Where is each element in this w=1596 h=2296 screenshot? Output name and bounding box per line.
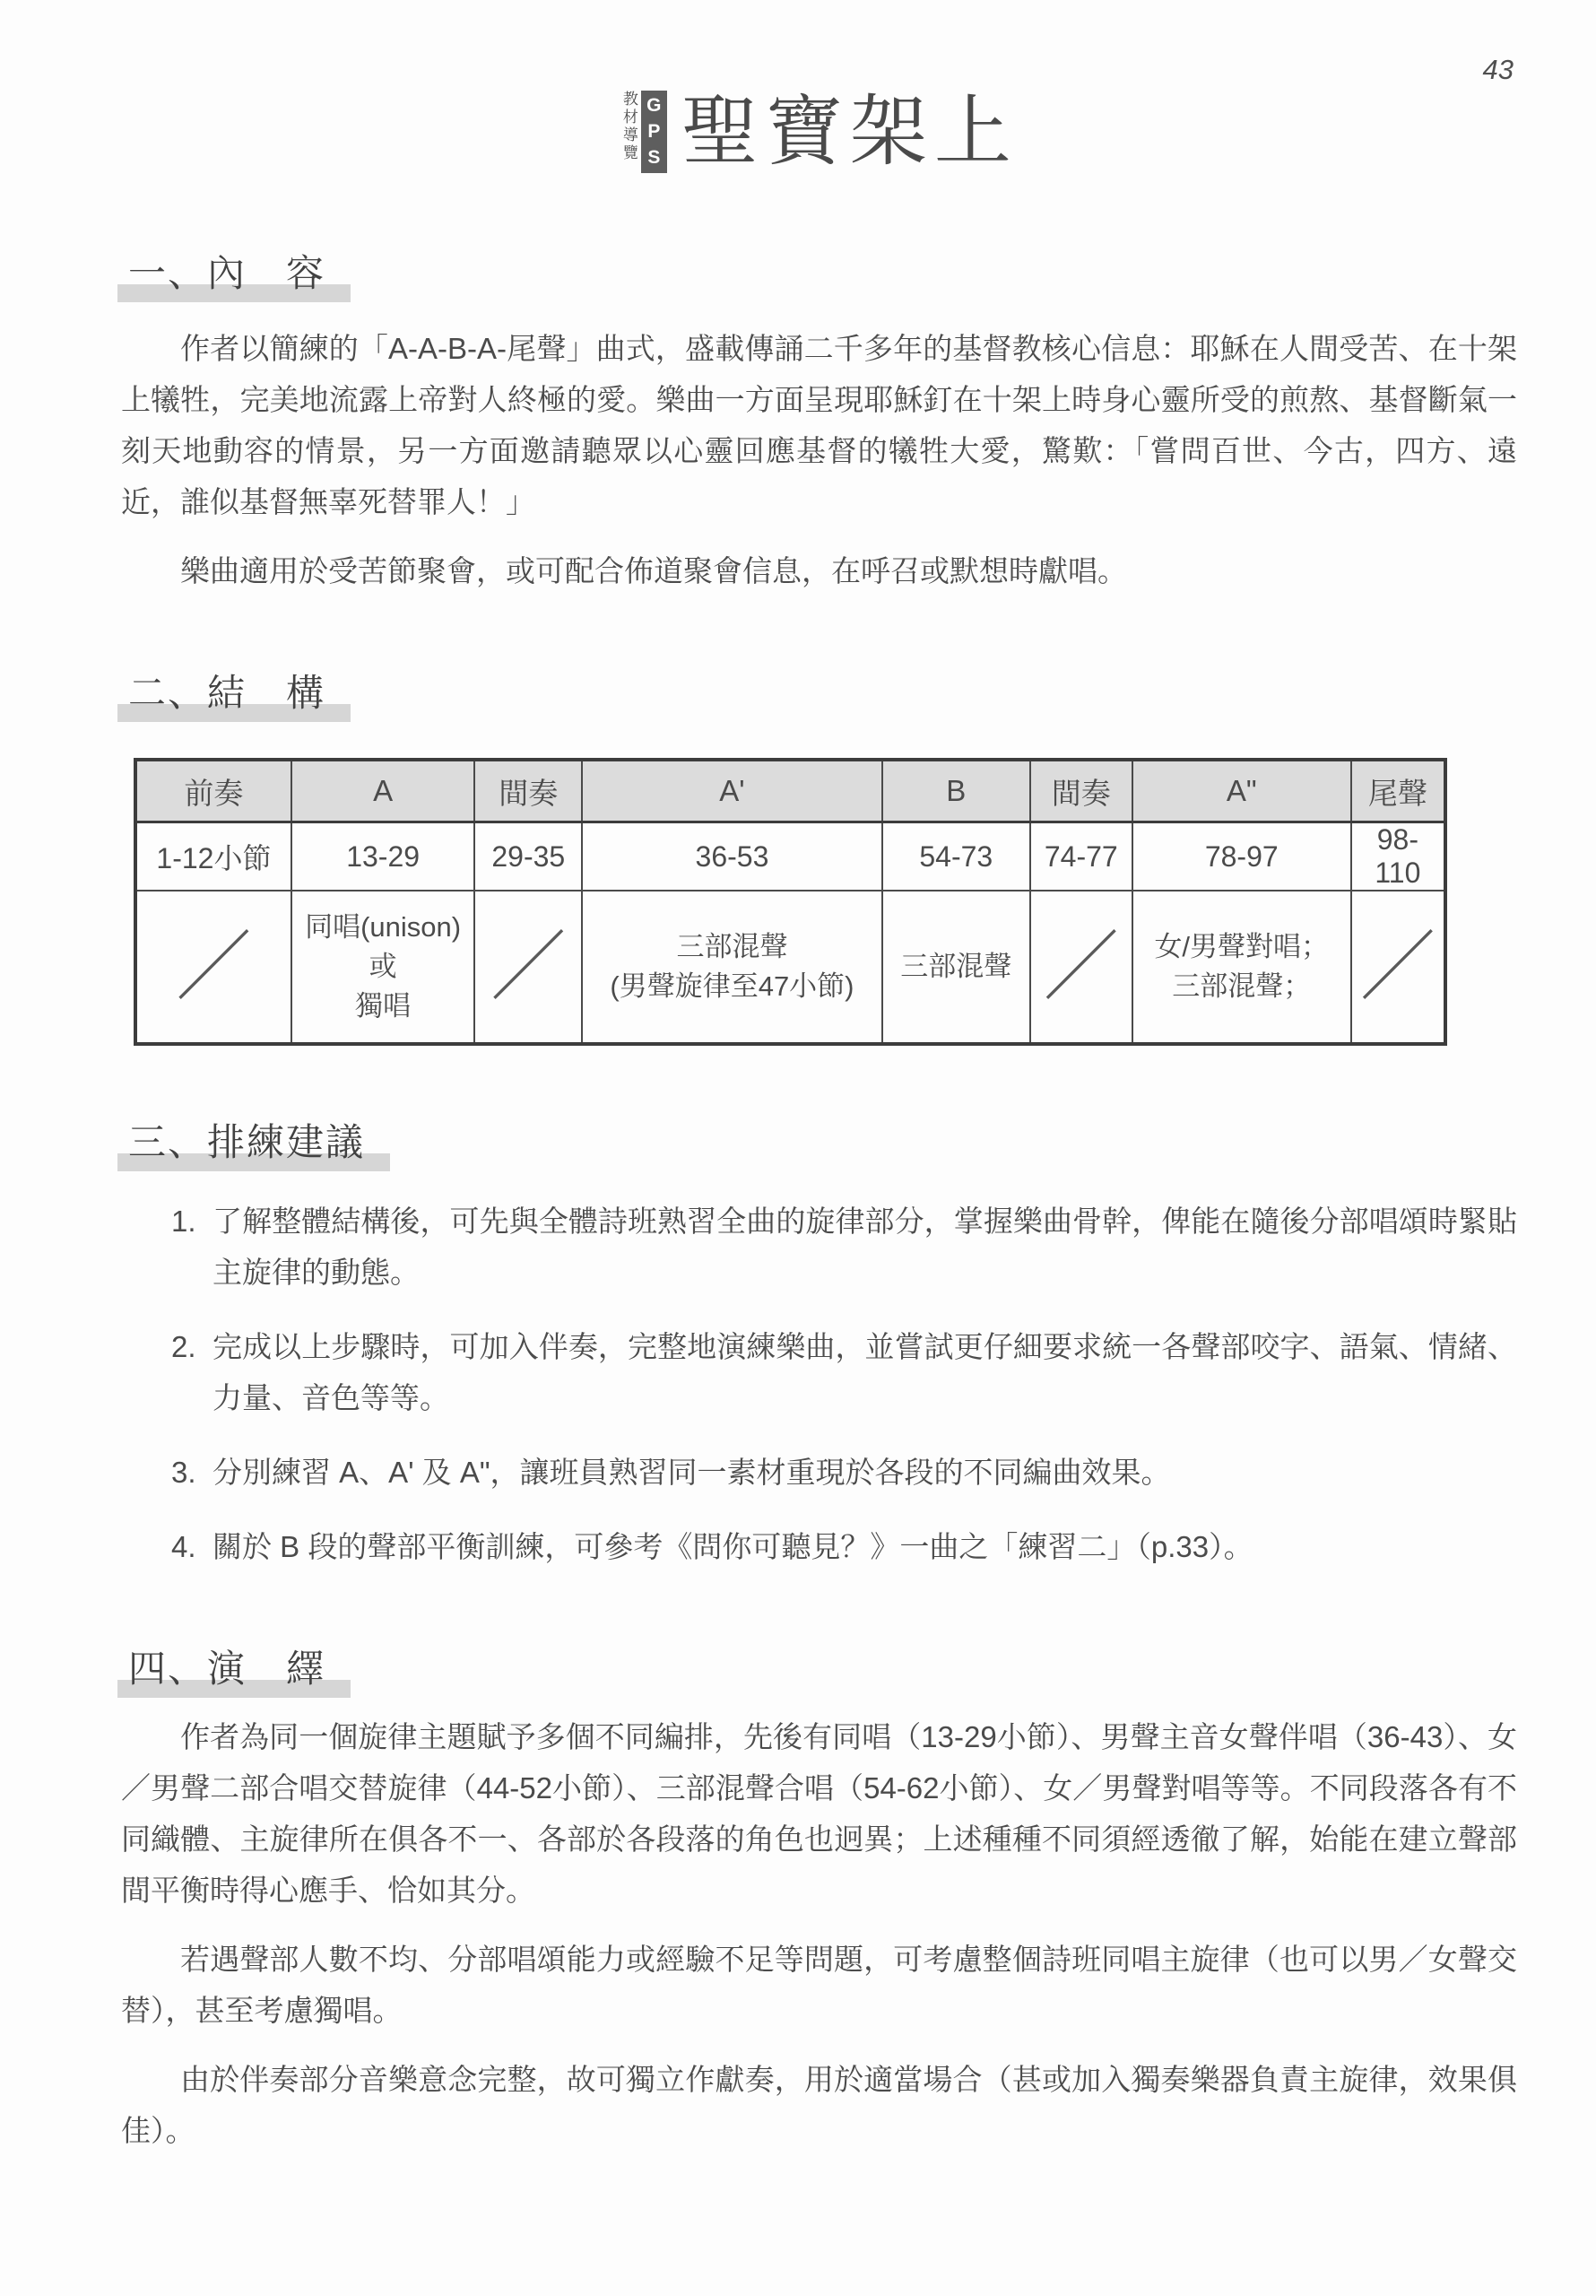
table-cell: 女/男聲對唱； 三部混聲； [1132,891,1351,1044]
list-item: 4. 關於 B 段的聲部平衡訓練，可參考《問你可聽見？》一曲之「練習二」（p.3… [121,1521,1517,1572]
list-item-number: 2. [171,1321,213,1423]
logo-series-label: 教材導覽 [620,91,637,173]
table-cell-slash: ／ [1351,891,1445,1044]
list-item-number: 1. [171,1196,213,1298]
document-page: 43 教材導覽 GPS 聖寶架上 一、內 容 作者以簡練的「A-A-B-A-尾聲… [0,0,1596,2156]
table-cell: 54-73 [882,822,1030,891]
interpretation-paragraph-2: 若遇聲部人數不均、分部唱頌能力或經驗不足等問題，可考慮整個詩班同唱主旋律（也可以… [121,1934,1517,2036]
table-cell: 78-97 [1132,822,1351,891]
table-cell-slash: ／ [474,891,582,1044]
table-cell: 36-53 [582,822,882,891]
table-cell: 98-110 [1351,822,1445,891]
section-heading-interpretation: 四、演 繹 [128,1639,325,1693]
table-header-cell: 間奏 [1030,760,1132,822]
section-heading-content: 一、內 容 [128,244,325,298]
list-item: 3. 分別練習 A、A' 及 A"，讓班員熟習同一素材重現於各段的不同編曲效果。 [121,1447,1517,1498]
table-header-cell: A' [582,760,882,822]
table-cell: 三部混聲 [882,891,1030,1044]
table-cell: 1-12小節 [135,822,291,891]
page-number: 43 [1483,54,1514,86]
logo-gps-badge: GPS [641,91,667,173]
table-cell: 29-35 [474,822,582,891]
list-item-text: 關於 B 段的聲部平衡訓練，可參考《問你可聽見？》一曲之「練習二」（p.33）。 [213,1521,1517,1572]
table-cell: 13-29 [291,822,475,891]
table-cell: 三部混聲 (男聲旋律至47小節) [582,891,882,1044]
list-item: 2. 完成以上步驟時，可加入伴奏，完整地演練樂曲，並嘗試更仔細要求統一各聲部咬字… [121,1321,1517,1423]
table-header-cell: 尾聲 [1351,760,1445,822]
table-cell: 同唱(unison) 或 獨唱 [291,891,475,1044]
table-measures-row: 1-12小節 13-29 29-35 36-53 54-73 74-77 78-… [135,822,1445,891]
table-header-cell: 間奏 [474,760,582,822]
section-content: 一、內 容 作者以簡練的「A-A-B-A-尾聲」曲式，盛載傳誦二千多年的基督教核… [121,244,1517,596]
gps-logo: 教材導覽 GPS [620,91,667,173]
section-interpretation: 四、演 繹 作者為同一個旋律主題賦予多個不同編排，先後有同唱（13-29小節）、… [121,1639,1517,2156]
table-header-row: 前奏 A 間奏 A' B 間奏 A" 尾聲 [135,760,1445,822]
list-item-number: 3. [171,1447,213,1498]
section-heading-rehearsal: 三、排練建議 [128,1113,365,1167]
table-header-cell: A [291,760,475,822]
table-header-cell: 前奏 [135,760,291,822]
document-title: 聖寶架上 [681,93,1019,170]
table-cell: 74-77 [1030,822,1132,891]
table-voicing-row: ／ 同唱(unison) 或 獨唱 ／ 三部混聲 (男聲旋律至47小節) 三部混… [135,891,1445,1044]
list-item-number: 4. [171,1521,213,1572]
section-rehearsal: 三、排練建議 1. 了解整體結構後，可先與全體詩班熟習全曲的旋律部分，掌握樂曲骨… [121,1113,1517,1572]
rehearsal-advice-list: 1. 了解整體結構後，可先與全體詩班熟習全曲的旋律部分，掌握樂曲骨幹，俾能在隨後… [121,1196,1517,1572]
section-structure: 二、結 構 前奏 A 間奏 A' B 間奏 A" 尾聲 [121,664,1517,1046]
table-cell-slash: ／ [135,891,291,1044]
table-header-cell: B [882,760,1030,822]
list-item-text: 完成以上步驟時，可加入伴奏，完整地演練樂曲，並嘗試更仔細要求統一各聲部咬字、語氣… [213,1321,1517,1423]
list-item-text: 分別練習 A、A' 及 A"，讓班員熟習同一素材重現於各段的不同編曲效果。 [213,1447,1517,1498]
list-item: 1. 了解整體結構後，可先與全體詩班熟習全曲的旋律部分，掌握樂曲骨幹，俾能在隨後… [121,1196,1517,1298]
table-header-cell: A" [1132,760,1351,822]
content-paragraph-2: 樂曲適用於受苦節聚會，或可配合佈道聚會信息，在呼召或默想時獻唱。 [121,545,1517,596]
list-item-text: 了解整體結構後，可先與全體詩班熟習全曲的旋律部分，掌握樂曲骨幹，俾能在隨後分部唱… [213,1196,1517,1298]
structure-table: 前奏 A 間奏 A' B 間奏 A" 尾聲 1-12小節 13-29 29-35… [134,758,1447,1046]
section-heading-structure: 二、結 構 [128,664,325,717]
content-paragraph-1: 作者以簡練的「A-A-B-A-尾聲」曲式，盛載傳誦二千多年的基督教核心信息：耶穌… [121,323,1517,527]
interpretation-paragraph-3: 由於伴奏部分音樂意念完整，故可獨立作獻奏，用於適當場合（甚或加入獨奏樂器負責主旋… [121,2054,1517,2156]
table-cell-slash: ／ [1030,891,1132,1044]
document-header: 教材導覽 GPS 聖寶架上 [121,87,1517,177]
interpretation-paragraph-1: 作者為同一個旋律主題賦予多個不同編排，先後有同唱（13-29小節）、男聲主音女聲… [121,1711,1517,1916]
